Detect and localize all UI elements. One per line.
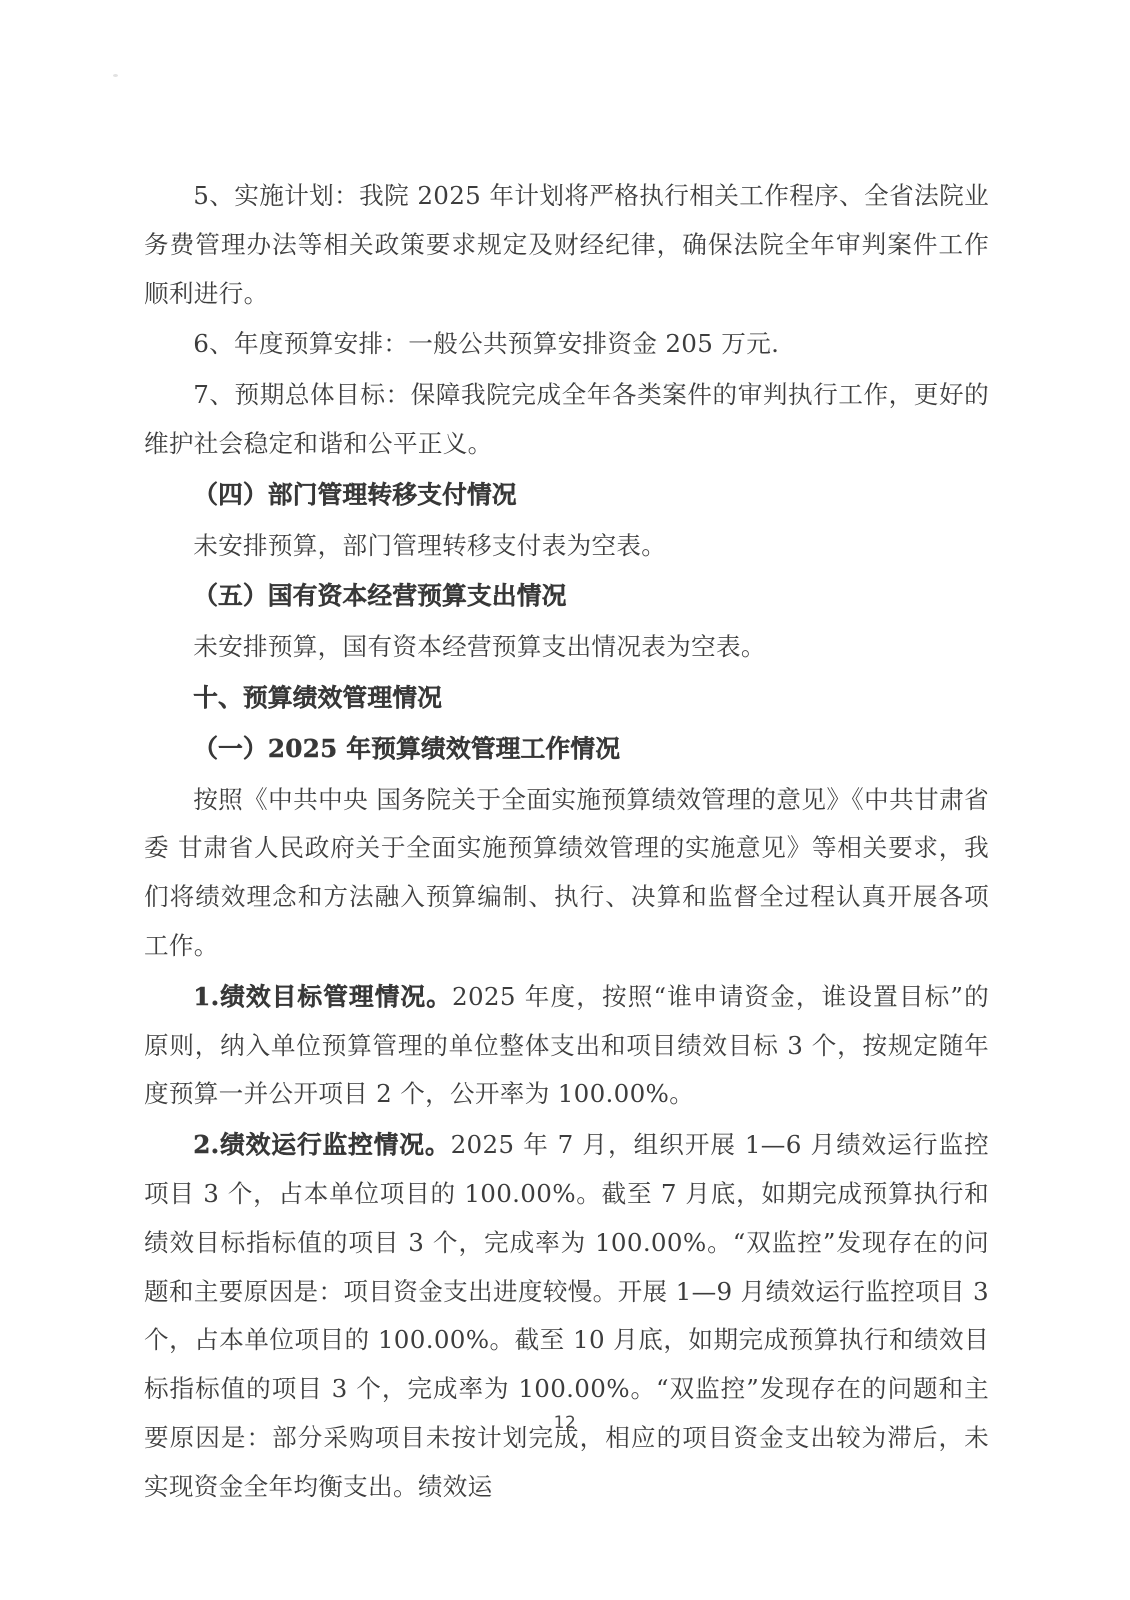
paragraph-transfer-empty: 未安排预算，部门管理转移支付表为空表。 <box>144 522 989 571</box>
document-page: 5、实施计划：我院 2025 年计划将严格执行相关工作程序、全省法院业务费管理办… <box>0 0 1130 1600</box>
monitoring-lead: 2.绩效运行监控情况。 <box>193 1130 450 1159</box>
paragraph-overall-goal: 7、预期总体目标：保障我院完成全年各类案件的审判执行工作，更好的维护社会稳定和谐… <box>144 371 989 469</box>
paragraph-annual-budget: 6、年度预算安排：一般公共预算安排资金 205 万元. <box>144 320 989 369</box>
heading-dept-transfer-payment: （四）部门管理转移支付情况 <box>144 471 989 520</box>
heading-2025-performance-work: （一）2025 年预算绩效管理工作情况 <box>144 725 989 774</box>
paragraph-goal-management: 1.绩效目标管理情况。2025 年度，按照“谁申请资金，谁设置目标”的原则，纳入… <box>144 973 989 1119</box>
scan-artifact <box>113 74 118 77</box>
paragraph-monitoring: 2.绩效运行监控情况。2025 年 7 月，组织开展 1—6 月绩效运行监控项目… <box>144 1121 989 1511</box>
paragraph-performance-intro: 按照《中共中央 国务院关于全面实施预算绩效管理的意见》《中共甘肃省委 甘肃省人民… <box>144 776 989 971</box>
heading-performance-mgmt: 十、预算绩效管理情况 <box>144 674 989 723</box>
monitoring-body: 2025 年 7 月，组织开展 1—6 月绩效运行监控项目 3 个，占本单位项目… <box>144 1130 989 1501</box>
paragraph-implementation-plan: 5、实施计划：我院 2025 年计划将严格执行相关工作程序、全省法院业务费管理办… <box>144 172 989 318</box>
document-content: 5、实施计划：我院 2025 年计划将严格执行相关工作程序、全省法院业务费管理办… <box>144 172 989 1514</box>
page-number: 12 <box>0 1413 1130 1433</box>
heading-state-capital-budget: （五）国有资本经营预算支出情况 <box>144 572 989 621</box>
goal-management-lead: 1.绩效目标管理情况。 <box>193 982 452 1011</box>
paragraph-state-capital-empty: 未安排预算，国有资本经营预算支出情况表为空表。 <box>144 623 989 672</box>
